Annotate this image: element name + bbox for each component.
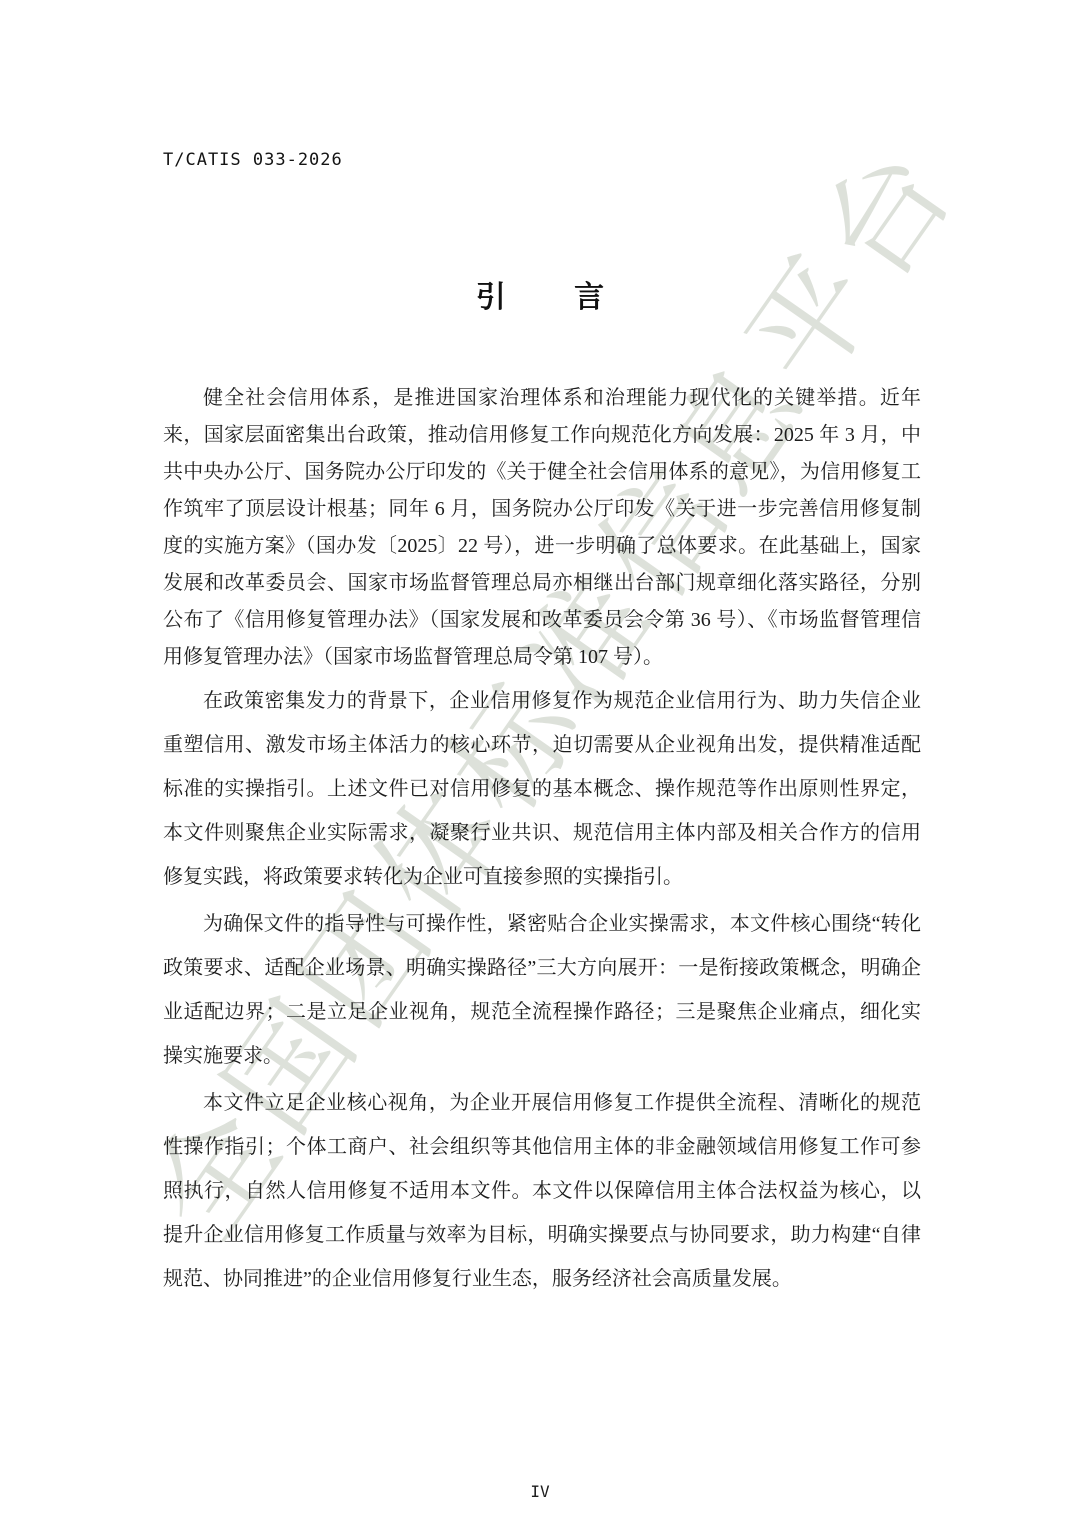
paragraph: 本文件立足企业核心视角，为企业开展信用修复工作提供全流程、清晰化的规范性操作指引… (163, 1081, 921, 1301)
document-page: 全国团体标准信息平台 T/CATIS 033-2026 引 言 健全社会信用体系… (0, 0, 1080, 1528)
paragraph: 健全社会信用体系，是推进国家治理体系和治理能力现代化的关键举措。近年来，国家层面… (163, 380, 921, 676)
page-number: IV (530, 1482, 549, 1501)
paragraph: 为确保文件的指导性与可操作性，紧密贴合企业实操需求，本文件核心围绕“转化政策要求… (163, 902, 921, 1078)
paragraph: 在政策密集发力的背景下，企业信用修复作为规范企业信用行为、助力失信企业重塑信用、… (163, 679, 921, 899)
document-header: T/CATIS 033-2026 (0, 0, 1080, 170)
page-content: T/CATIS 033-2026 引 言 健全社会信用体系，是推进国家治理体系和… (0, 0, 1080, 1301)
page-footer: IV (0, 1482, 1080, 1502)
standard-number: T/CATIS 033-2026 (163, 150, 343, 170)
body-paragraphs: 健全社会信用体系，是推进国家治理体系和治理能力现代化的关键举措。近年来，国家层面… (163, 380, 921, 1301)
section-title: 引 言 (0, 280, 1080, 316)
